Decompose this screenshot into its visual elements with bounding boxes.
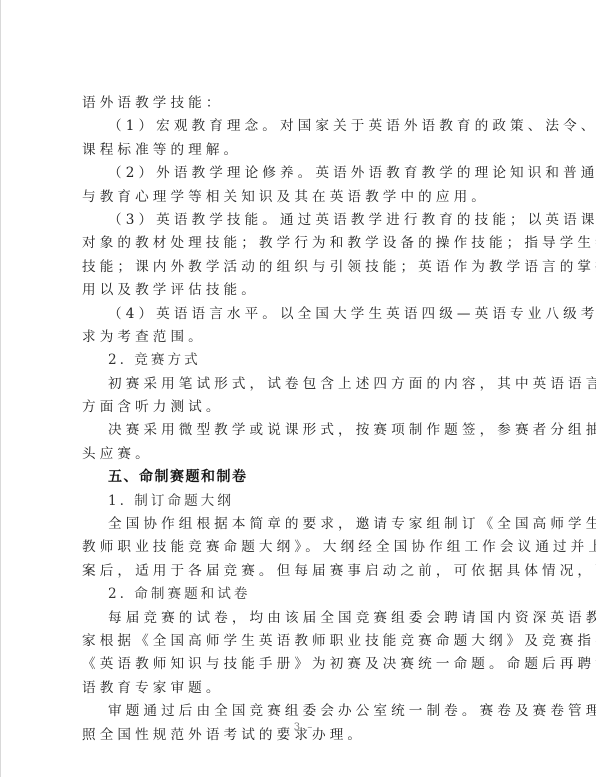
- subsection-heading: 1. 制订命题大纲: [82, 490, 518, 513]
- text-line: 求为考查范围。: [82, 326, 518, 349]
- document-page-body: 语外语教学技能： （1）宏观教育理念。对国家关于英语外语教育的政策、法令、教学大…: [82, 92, 518, 747]
- text-line: 方面含听力测试。: [82, 396, 518, 419]
- text-line: 头应赛。: [82, 443, 518, 466]
- text-line: 全国协作组根据本简章的要求，邀请专家组制订《全国高师学生英语: [82, 513, 518, 536]
- text-line: 决赛采用微型教学或说课形式，按赛项制作题签，参赛者分组抽签口: [82, 419, 518, 442]
- page-number: – 3 –: [0, 722, 596, 733]
- text-line: 每届竞赛的试卷，均由该届全国竞赛组委会聘请国内资深英语教育专: [82, 607, 518, 630]
- subsection-heading: 2. 竞赛方式: [82, 349, 518, 372]
- text-line: （3）英语教学技能。通过英语教学进行教育的技能；以英语课堂教学为: [82, 209, 518, 232]
- text-line: 家根据《全国高师学生英语教师职业技能竞赛命题大纲》及竞赛指导用书: [82, 630, 518, 653]
- section-heading: 五、命制赛题和制卷: [82, 466, 518, 489]
- text-line: 初赛采用笔试形式，试卷包含上述四方面的内容，其中英语语言水平: [82, 373, 518, 396]
- text-line: 《英语教师知识与技能手册》为初赛及决赛统一命题。命题后再聘请中外英: [82, 653, 518, 676]
- text-line: 语外语教学技能：: [82, 92, 518, 115]
- text-line: 语教育专家审题。: [82, 677, 518, 700]
- text-line: 对象的教材处理技能；教学行为和教学设备的操作技能；指导学生学习的: [82, 232, 518, 255]
- text-line: 审题通过后由全国竞赛组委会办公室统一制卷。赛卷及赛卷管理均比: [82, 700, 518, 723]
- text-line: 技能；课内外教学活动的组织与引领技能；英语作为教学语言的掌握与运: [82, 256, 518, 279]
- subsection-heading: 2. 命制赛题和试卷: [82, 583, 518, 606]
- page-left-edge: [0, 0, 1, 777]
- text-line: 与教育心理学等相关知识及其在英语教学中的应用。: [82, 186, 518, 209]
- text-line: （2）外语教学理论修养。英语外语教育教学的理论知识和普通教育学: [82, 162, 518, 185]
- text-line: 用以及教学评估技能。: [82, 279, 518, 302]
- text-line: （1）宏观教育理念。对国家关于英语外语教育的政策、法令、教学大纲、: [82, 115, 518, 138]
- text-line: 教师职业技能竞赛命题大纲》。大纲经全国协作组工作会议通过并上报备: [82, 536, 518, 559]
- text-line: 课程标准等的理解。: [82, 139, 518, 162]
- text-line: （4）英语语言水平。以全国大学生英语四级—英语专业八级考试的要: [82, 303, 518, 326]
- text-line: 案后，适用于各届竞赛。但每届赛事启动之前，可依据具体情况，酌予修订。: [82, 560, 518, 583]
